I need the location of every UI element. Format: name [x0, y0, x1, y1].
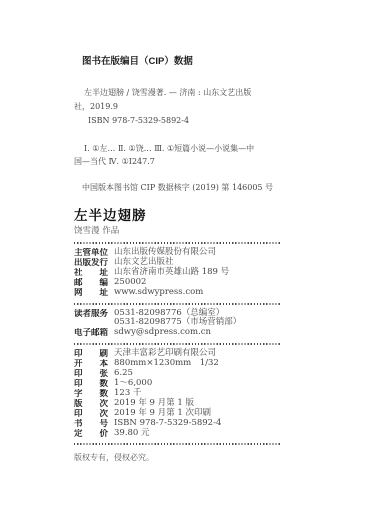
- cip-classification-line: Ⅰ. ①左… Ⅱ. ①饶… Ⅲ. ①短篇小说—小说集—中: [84, 142, 281, 156]
- cip-record-line: 左半边翅膀 / 饶雪漫著. — 济南 : 山东文艺出版: [84, 86, 281, 100]
- row-value: ISBN 978-7-5329-5892-4: [114, 419, 281, 429]
- row-label: 版 次: [74, 399, 114, 409]
- dotted-divider: [74, 443, 281, 445]
- info-row: 开 本 880mm×1230mm 1/32: [74, 359, 281, 369]
- info-row: 印 张 6.25: [74, 369, 281, 379]
- row-label: 网 址: [74, 288, 114, 298]
- row-label: 书 号: [74, 419, 114, 429]
- row-label: 电子邮箱: [74, 328, 114, 338]
- row-label: 邮 编: [74, 278, 114, 288]
- row-label: 出版发行: [74, 258, 114, 268]
- reader-service-block: 读者服务 0531-82098776（总编室） 0531-82098775（市场…: [74, 309, 281, 339]
- row-label: 印 次: [74, 409, 114, 419]
- row-label: 定 价: [74, 429, 114, 439]
- row-value: 39.80 元: [114, 429, 281, 439]
- dotted-divider: [74, 303, 281, 305]
- row-label: 字 数: [74, 389, 114, 399]
- row-label: 社 址: [74, 268, 114, 278]
- cip-classification-paragraph: Ⅰ. ①左… Ⅱ. ①饶… Ⅲ. ①短篇小说—小说集—中 国—当代 Ⅳ. ①I2…: [74, 142, 281, 169]
- cip-header: 图书在版编目（CIP）数据: [82, 56, 281, 68]
- info-row: 电子邮箱 sdwy@sdpress.com.cn: [74, 328, 281, 338]
- row-value: sdwy@sdpress.com.cn: [114, 328, 281, 338]
- info-row: 定 价 39.80 元: [74, 429, 281, 439]
- info-row: 社 址 山东省济南市英雄山路 189 号: [74, 268, 281, 278]
- book-author: 饶雪漫 作品: [74, 226, 281, 237]
- row-label: 开 本: [74, 359, 114, 369]
- row-label: 主管单位: [74, 248, 114, 258]
- cip-isbn-line: ISBN 978-7-5329-5892-4: [88, 114, 281, 128]
- dotted-divider: [74, 343, 281, 345]
- printing-info-block: 印 刷 天津丰富彩艺印刷有限公司 开 本 880mm×1230mm 1/32 印…: [74, 349, 281, 438]
- page-content: 图书在版编目（CIP）数据 左半边翅膀 / 饶雪漫著. — 济南 : 山东文艺出…: [74, 56, 281, 463]
- info-row: 网 址 www.sdwypress.com: [74, 288, 281, 298]
- copyright-notice: 版权专有，侵权必究。: [74, 452, 281, 463]
- row-label: 印 张: [74, 369, 114, 379]
- dotted-divider: [74, 242, 281, 244]
- info-row: 主管单位 山东出版传媒股份有限公司: [74, 248, 281, 258]
- cip-registry-line: 中国版本图书馆 CIP 数据核字 (2019) 第 146005 号: [82, 181, 281, 195]
- info-row: 印 数 1～6,000: [74, 379, 281, 389]
- cip-record-paragraph: 左半边翅膀 / 饶雪漫著. — 济南 : 山东文艺出版 社，2019.9: [74, 86, 281, 113]
- book-title: 左半边翅膀: [74, 208, 281, 224]
- info-row: 书 号 ISBN 978-7-5329-5892-4: [74, 419, 281, 429]
- cip-classification-line: 国—当代 Ⅳ. ①I247.7: [74, 155, 281, 169]
- row-label: 印 刷: [74, 349, 114, 359]
- cip-record-line: 社，2019.9: [74, 100, 281, 114]
- row-value: www.sdwypress.com: [114, 288, 281, 298]
- publisher-info-block: 主管单位 山东出版传媒股份有限公司 出版发行 山东文艺出版社 社 址 山东省济南…: [74, 248, 281, 298]
- row-label: 读者服务: [74, 309, 114, 319]
- copyright-page: 图书在版编目（CIP）数据 左半边翅膀 / 饶雪漫著. — 济南 : 山东文艺出…: [0, 0, 375, 529]
- row-label: [74, 318, 114, 328]
- row-value: 880mm×1230mm 1/32: [114, 359, 281, 369]
- row-label: 印 数: [74, 379, 114, 389]
